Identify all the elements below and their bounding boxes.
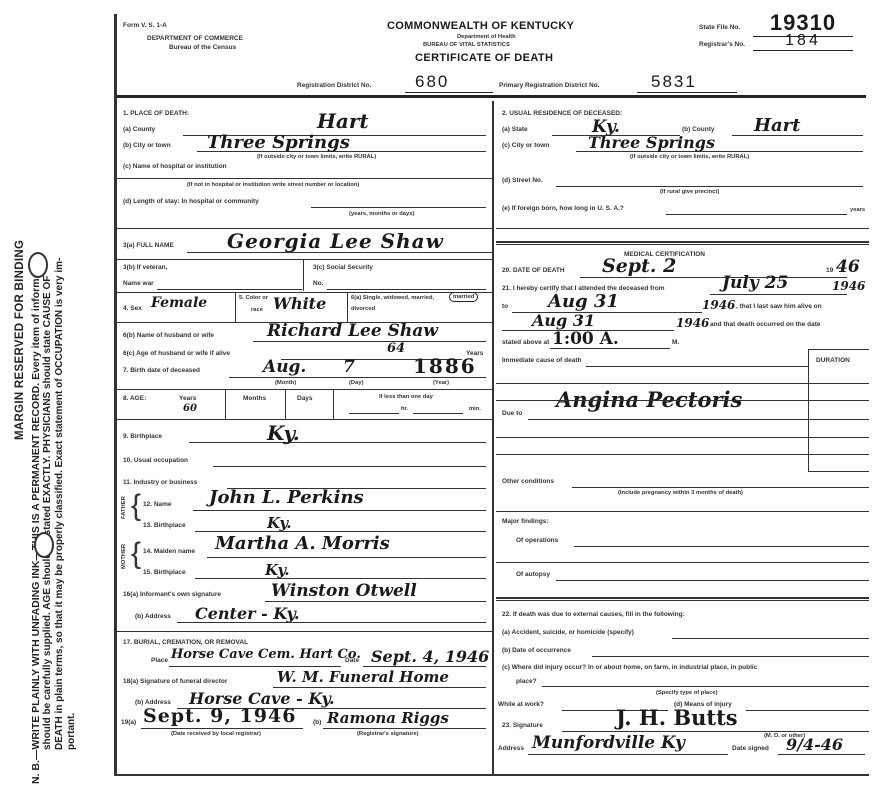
race-label-2: race	[251, 307, 263, 313]
age-years-label: Years	[179, 395, 196, 402]
date-signed-value[interactable]: 9/4-46	[786, 735, 843, 754]
last-seen-value[interactable]: Aug 31	[532, 311, 595, 330]
place-of-death-heading: 1. PLACE OF DEATH:	[123, 110, 189, 117]
age-days-label: Days	[297, 395, 313, 402]
certificate-header: Form V. S. 1-A DEPARTMENT OF COMMERCE Bu…	[117, 14, 866, 98]
attended-from-value[interactable]: July 25	[722, 273, 788, 293]
burial-place-label: Place	[151, 657, 168, 664]
registrar-sig-label: (b)	[313, 719, 321, 726]
reg-district-value[interactable]: 680	[405, 72, 493, 93]
date-of-death-label: 20. DATE OF DEATH	[502, 267, 565, 274]
physician-signature-value[interactable]: J. H. Butts	[616, 705, 738, 730]
husband-name-label: 6(b) Name of husband or wife	[123, 332, 214, 339]
date-signed-label: Date signed	[732, 745, 769, 752]
age-hr-label: hr.	[401, 406, 408, 412]
immediate-cause-label: Immediate cause of death	[502, 357, 581, 364]
year-note: (Year)	[433, 380, 449, 386]
birthplace-value[interactable]: Ky.	[267, 421, 300, 445]
time-of-death-value[interactable]: 1:00 A.	[552, 329, 619, 349]
war-label: Name war	[123, 280, 154, 287]
reg-district-label: Registration District No.	[297, 82, 371, 89]
birth-month-value[interactable]: Aug.	[263, 357, 306, 377]
attended-from-year[interactable]: 1946	[832, 279, 865, 293]
bureau-vital-label: BUREAU OF VITAL STATISTICS	[423, 42, 510, 48]
state-title: COMMONWEALTH OF KENTUCKY	[387, 20, 574, 32]
left-column: 1. PLACE OF DEATH: (a) County Hart (b) C…	[117, 101, 494, 776]
marital-label-2: divorced	[351, 306, 375, 312]
burial-place-value[interactable]: Horse Cave Cem. Hart Co.	[171, 647, 361, 662]
city-label: (b) City or town	[123, 142, 171, 149]
father-tag: FATHER	[121, 496, 127, 519]
res-state-label: (a) State	[502, 126, 528, 133]
res-city-value[interactable]: Three Springs	[588, 133, 715, 152]
husband-age-label: 6(c) Age of husband or wife if alive	[123, 350, 230, 357]
hospital-note: (If not in hospital or institution write…	[187, 182, 359, 188]
birthplace-label: 9. Birthplace	[123, 433, 162, 440]
race-value[interactable]: White	[273, 294, 326, 313]
bottom-border	[117, 774, 869, 776]
city-value[interactable]: Three Springs	[207, 132, 350, 153]
state-file-label: State File No.	[699, 24, 740, 31]
father-name-label: 12. Name	[143, 501, 172, 508]
stay-note: (years, months or days)	[349, 211, 414, 217]
ss-no-label: No.	[313, 280, 323, 287]
res-city-label: (c) City or town	[502, 142, 549, 149]
marital-circled-value[interactable]: married	[449, 292, 478, 302]
age-min-label: min.	[469, 406, 481, 412]
sig-address-value[interactable]: Munfordville Ky	[532, 733, 685, 753]
husband-age-value[interactable]: 64	[387, 341, 405, 356]
date-of-death-value[interactable]: Sept. 2	[602, 255, 676, 277]
attended-to-value[interactable]: Aug 31	[548, 291, 619, 312]
father-name-value[interactable]: John L. Perkins	[209, 487, 364, 508]
place-label: place?	[516, 678, 537, 685]
husband-name-value[interactable]: Richard Lee Shaw	[267, 321, 438, 341]
father-bracket-icon: {	[131, 491, 141, 521]
duration-label: DURATION	[816, 357, 850, 364]
sex-value[interactable]: Female	[151, 295, 207, 311]
mother-maiden-label: 14. Maiden name	[143, 548, 195, 555]
external-causes-heading: 22. If death was due to external causes,…	[502, 611, 685, 618]
major-findings-label: Major findings:	[502, 518, 549, 525]
department-label: DEPARTMENT OF COMMERCE	[147, 35, 243, 42]
where-injury-label: (c) Where did injury occur? In or about …	[502, 664, 757, 671]
informant-signature-label: 16(a) Informant's own signature	[123, 591, 221, 598]
occurrence-date-label: (b) Date of occurrence	[502, 647, 571, 654]
death-occurred-label: and that death occurred on the date	[710, 321, 821, 328]
hospital-label: (c) Name of hospital or institution	[123, 163, 227, 170]
burial-heading: 17. BURIAL, CREMATION, OR REMOVAL	[123, 639, 248, 646]
registrar-no-label: Registrar's No.	[699, 41, 745, 48]
dept-health-label: Department of Health	[457, 34, 516, 40]
full-name-label: 3(a) FULL NAME	[123, 242, 174, 249]
due-to-label: Due to	[502, 410, 522, 417]
stated-above-label: stated above at	[502, 339, 549, 346]
stay-label: (d) Length of stay: In hospital or commu…	[123, 198, 259, 205]
binding-hole-icon	[28, 252, 48, 278]
month-note: (Month)	[275, 380, 296, 386]
signature-label: 23. Signature	[502, 722, 543, 729]
divider	[496, 241, 869, 245]
county-label: (a) County	[123, 126, 155, 133]
informant-address-value[interactable]: Center - Ky.	[195, 604, 300, 623]
while-at-work-label: While at work?	[498, 701, 544, 708]
birth-date-label: 7. Birth date of deceased	[123, 367, 200, 374]
margin-note-2: should be carefully supplied. AGE should…	[42, 30, 54, 790]
marital-label: 6(a) Single, widowed, married,	[351, 295, 434, 301]
burial-date-label: Date	[345, 657, 359, 664]
page-title: CERTIFICATE OF DEATH	[415, 52, 553, 64]
res-county-value[interactable]: Hart	[754, 115, 800, 136]
other-conditions-label: Other conditions	[502, 478, 554, 485]
last-seen-label: , that I last saw him alive on	[736, 303, 822, 310]
res-street-note: (If rural give precinct)	[660, 189, 719, 195]
form-number: Form V. S. 1-A	[123, 22, 167, 29]
right-column: 2. USUAL RESIDENCE OF DECEASED: (a) Stat…	[496, 101, 869, 776]
dod-year-prefix: 19	[826, 267, 833, 274]
mother-tag: MOTHER	[121, 544, 127, 569]
father-birthplace-label: 13. Birthplace	[143, 522, 186, 529]
social-security-label: 3(c) Social Security	[313, 264, 373, 271]
margin-note-4: portant.	[66, 30, 78, 790]
mother-bracket-icon: {	[131, 539, 141, 569]
age-months-label: Months	[243, 395, 266, 402]
other-conditions-note: (Include pregnancy within 3 months of de…	[618, 490, 743, 496]
margin-note-1: N. B.—WRITE PLAINLY WITH UNFADING INK—TH…	[30, 30, 42, 790]
informant-signature-value[interactable]: Winston Otwell	[271, 581, 417, 601]
received-date-value[interactable]: Sept. 9, 1946	[143, 705, 296, 727]
father-birthplace-value[interactable]: Ky.	[267, 514, 292, 532]
age-less-day-label: If less than one day	[379, 394, 433, 400]
res-street-label: (d) Street No.	[502, 177, 543, 184]
place-note: (Specify type of place)	[656, 690, 718, 696]
occupation-label: 10. Usual occupation	[123, 457, 188, 464]
res-county-label: (b) County	[682, 126, 715, 133]
res-foreign-label: (e) If foreign born, how long in U. S. A…	[502, 205, 624, 212]
mother-birthplace-label: 15. Birthplace	[143, 569, 186, 576]
mother-birthplace-value[interactable]: Ky.	[265, 561, 290, 579]
mother-maiden-value[interactable]: Martha A. Morris	[215, 533, 390, 554]
age-years-value[interactable]: 60	[183, 403, 197, 414]
time-suffix: M.	[672, 339, 679, 346]
last-seen-year[interactable]: 1946	[676, 316, 709, 330]
divider	[496, 597, 869, 601]
industry-label: 11. Industry or business	[123, 479, 197, 486]
usual-residence-section: 2. USUAL RESIDENCE OF DECEASED: (a) Stat…	[496, 101, 869, 229]
place-of-death-section: 1. PLACE OF DEATH: (a) County Hart (b) C…	[117, 101, 492, 229]
attended-to-year[interactable]: 1946	[702, 298, 735, 312]
res-foreign-suffix: years	[850, 207, 865, 213]
funeral-director-label: 18(a) Signature of funeral director	[123, 678, 227, 685]
to-label: to	[502, 303, 508, 310]
dod-year-value[interactable]: 46	[836, 257, 860, 277]
sex-label: 4. Sex	[123, 305, 142, 312]
death-certificate-form: Form V. S. 1-A DEPARTMENT OF COMMERCE Bu…	[114, 14, 866, 776]
veteran-label: 3(b) If veteran,	[123, 264, 167, 271]
received-note: (Date received by local registrar)	[171, 731, 261, 737]
bureau-census-label: Bureau of the Census	[169, 44, 236, 51]
res-city-note: (If outside city or town limits, write R…	[630, 154, 749, 160]
received-label: 19(a)	[121, 719, 136, 726]
age-label: 8. AGE:	[123, 395, 146, 402]
race-label: 5. Color or	[239, 295, 268, 301]
margin-binding-label: MARGIN RESERVED FOR BINDING	[14, 30, 26, 790]
day-note: (Day)	[349, 380, 364, 386]
margin-instructions: MARGIN RESERVED FOR BINDING N. B.—WRITE …	[14, 30, 114, 790]
operations-label: Of operations	[516, 537, 558, 544]
informant-address-label: (b) Address	[135, 613, 171, 620]
binding-hole-icon	[34, 532, 54, 558]
city-note: (If outside city or town limits, write R…	[257, 154, 376, 160]
full-name-value[interactable]: Georgia Lee Shaw	[227, 229, 444, 253]
registrar-signature-value[interactable]: Ramona Riggs	[327, 709, 449, 727]
primary-district-label: Primary Registration District No.	[499, 82, 599, 89]
residence-heading: 2. USUAL RESIDENCE OF DECEASED:	[502, 110, 622, 117]
margin-note-3: DEATH in plain terms, so that it may be …	[54, 30, 66, 790]
autopsy-label: Of autopsy	[516, 571, 550, 578]
registrar-note: (Registrar's signature)	[357, 731, 419, 737]
sig-address-label: Address	[498, 745, 524, 752]
accident-label: (a) Accident, suicide, or homicide (spec…	[502, 629, 634, 636]
county-value[interactable]: Hart	[317, 109, 369, 133]
registrar-no-value[interactable]: 184	[753, 32, 853, 51]
funeral-director-value[interactable]: W. M. Funeral Home	[277, 668, 449, 686]
primary-district-value[interactable]: 5831	[637, 72, 737, 93]
burial-date-value[interactable]: Sept. 4, 1946	[371, 647, 489, 666]
birth-year-value[interactable]: 1886	[413, 354, 477, 378]
birth-day-value[interactable]: 7	[343, 357, 355, 377]
